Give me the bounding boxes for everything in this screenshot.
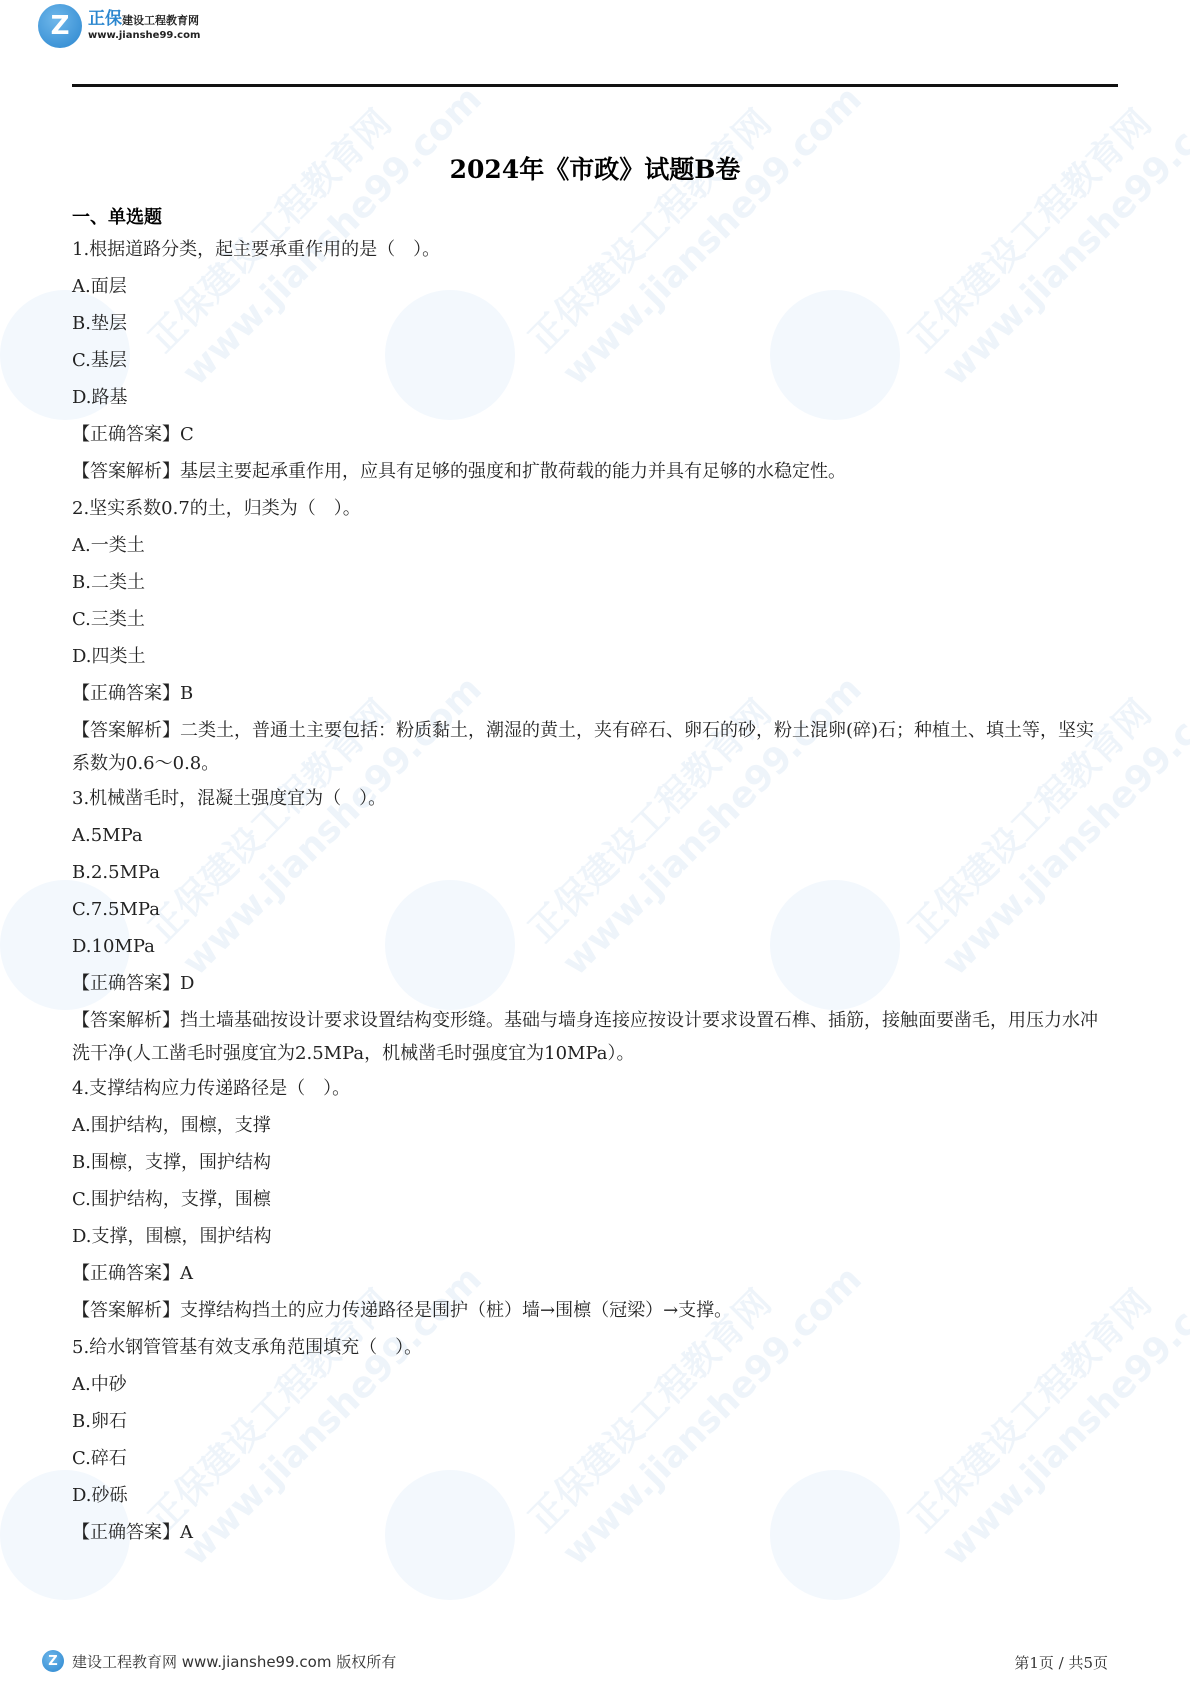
question-stem: 1.根据道路分类，起主要承重作用的是（ ）。 — [72, 231, 1112, 268]
option: A.面层 — [72, 268, 1112, 305]
option: D.10MPa — [72, 928, 1112, 965]
option: D.四类土 — [72, 638, 1112, 675]
option: C.碎石 — [72, 1440, 1112, 1477]
question-5: 5.给水钢管管基有效支承角范围填充（ ）。 A.中砂 B.卵石 C.碎石 D.砂… — [72, 1329, 1112, 1551]
page-indicator: 第1页 / 共5页 — [1014, 1652, 1108, 1673]
copyright-text: 建设工程教育网 www.jianshe99.com 版权所有 — [72, 1651, 396, 1672]
option: B.2.5MPa — [72, 854, 1112, 891]
footer-logo-icon: Z — [42, 1650, 64, 1672]
question-3: 3.机械凿毛时，混凝土强度宜为（ ）。 A.5MPa B.2.5MPa C.7.… — [72, 780, 1112, 1070]
correct-answer: 【正确答案】C — [72, 416, 1112, 453]
correct-answer: 【正确答案】A — [72, 1255, 1112, 1292]
option: B.二类土 — [72, 564, 1112, 601]
header-divider — [72, 84, 1118, 87]
brand-url: www.jianshe99.com — [88, 31, 200, 41]
correct-answer: 【正确答案】D — [72, 965, 1112, 1002]
option: D.砂砾 — [72, 1477, 1112, 1514]
option: C.7.5MPa — [72, 891, 1112, 928]
option: A.一类土 — [72, 527, 1112, 564]
option: C.基层 — [72, 342, 1112, 379]
question-4: 4.支撑结构应力传递路径是（ ）。 A.围护结构，围檩，支撑 B.围檩，支撑，围… — [72, 1070, 1112, 1329]
option: A.中砂 — [72, 1366, 1112, 1403]
answer-analysis: 【答案解析】挡土墙基础按设计要求设置结构变形缝。基础与墙身连接应按设计要求设置石… — [72, 1004, 1112, 1070]
section-heading: 一、单选题 — [72, 205, 1112, 231]
option: D.路基 — [72, 379, 1112, 416]
brand-subtitle: 建设工程教育网 — [122, 14, 199, 27]
question-stem: 2.坚实系数0.7的土，归类为（ ）。 — [72, 490, 1112, 527]
option: C.围护结构，支撑，围檩 — [72, 1181, 1112, 1218]
option: B.垫层 — [72, 305, 1112, 342]
correct-answer: 【正确答案】B — [72, 675, 1112, 712]
option: C.三类土 — [72, 601, 1112, 638]
answer-analysis: 【答案解析】二类土，普通土主要包括：粉质黏土，潮湿的黄土，夹有碎石、卵石的砂，粉… — [72, 714, 1112, 780]
option: B.围檩，支撑，围护结构 — [72, 1144, 1112, 1181]
footer-copyright: Z 建设工程教育网 www.jianshe99.com 版权所有 — [42, 1650, 396, 1672]
option: D.支撑，围檩，围护结构 — [72, 1218, 1112, 1255]
answer-analysis: 【答案解析】基层主要起承重作用，应具有足够的强度和扩散荷载的能力并具有足够的水稳… — [72, 453, 1112, 490]
question-stem: 4.支撑结构应力传递路径是（ ）。 — [72, 1070, 1112, 1107]
document-body: 一、单选题 1.根据道路分类，起主要承重作用的是（ ）。 A.面层 B.垫层 C… — [72, 205, 1112, 1551]
answer-analysis: 【答案解析】支撑结构挡土的应力传递路径是围护（桩）墙→围檩（冠梁）→支撑。 — [72, 1292, 1112, 1329]
question-stem: 5.给水钢管管基有效支承角范围填充（ ）。 — [72, 1329, 1112, 1366]
option: B.卵石 — [72, 1403, 1112, 1440]
document-title: 2024年《市政》试题B卷 — [0, 150, 1190, 186]
question-2: 2.坚实系数0.7的土，归类为（ ）。 A.一类土 B.二类土 C.三类土 D.… — [72, 490, 1112, 780]
brand-logo-icon: Z — [38, 4, 82, 48]
header-logo: Z 正保建设工程教育网 www.jianshe99.com — [38, 4, 200, 48]
question-stem: 3.机械凿毛时，混凝土强度宜为（ ）。 — [72, 780, 1112, 817]
correct-answer: 【正确答案】A — [72, 1514, 1112, 1551]
option: A.围护结构，围檩，支撑 — [72, 1107, 1112, 1144]
page-footer: Z 建设工程教育网 www.jianshe99.com 版权所有 第1页 / 共… — [0, 1650, 1190, 1680]
option: A.5MPa — [72, 817, 1112, 854]
brand-name: 正保 — [88, 9, 122, 29]
question-1: 1.根据道路分类，起主要承重作用的是（ ）。 A.面层 B.垫层 C.基层 D.… — [72, 231, 1112, 490]
